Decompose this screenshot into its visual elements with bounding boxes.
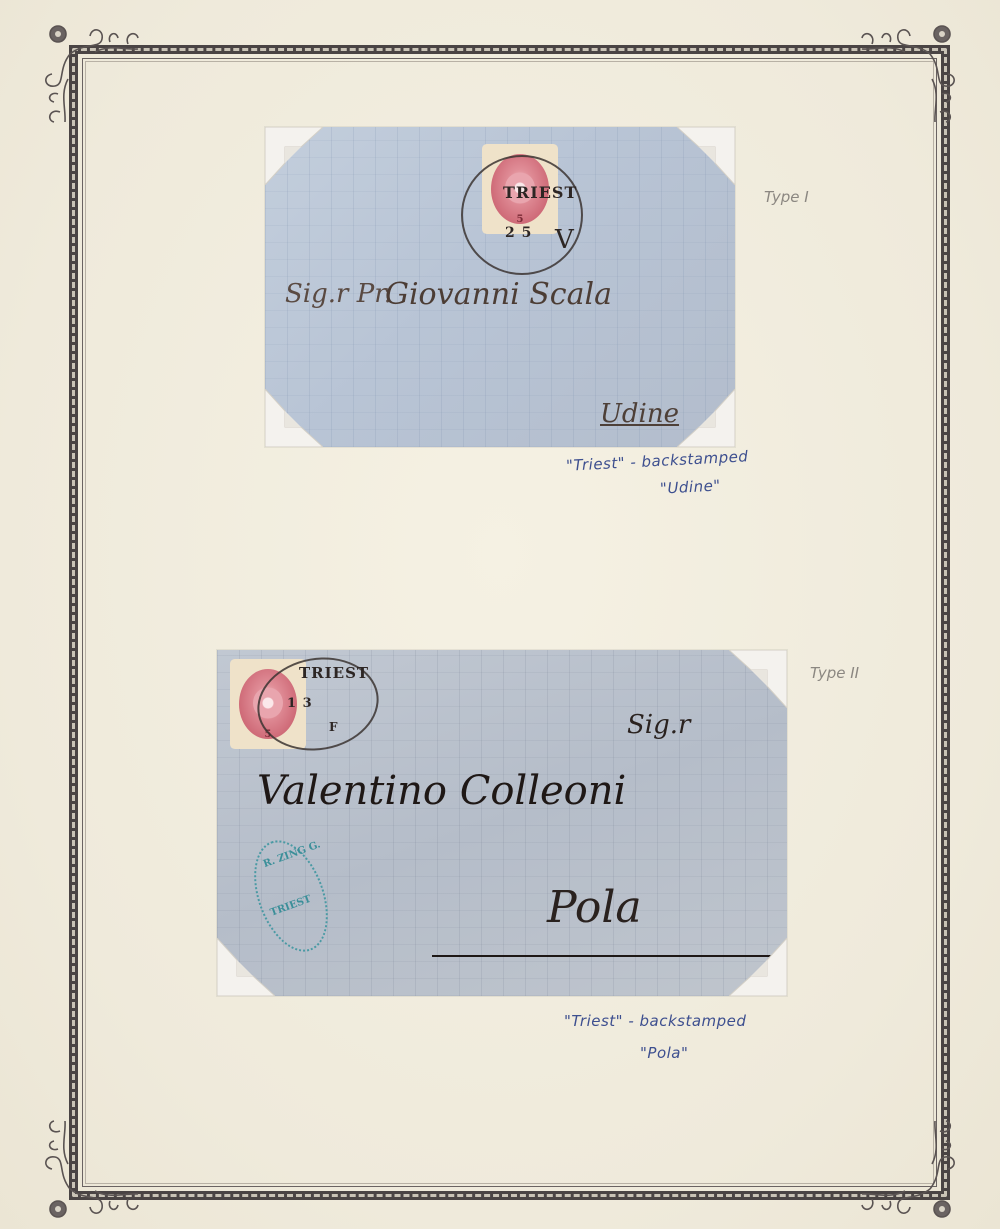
photo-corner-mount bbox=[217, 938, 275, 996]
address-salutation: Sig.r Pr. bbox=[285, 279, 392, 309]
annotation-1-line2: "Udine" bbox=[660, 476, 722, 497]
corner-ornament-icon bbox=[850, 14, 970, 134]
postmark-date: 2 5 bbox=[505, 225, 532, 241]
corner-ornament-icon bbox=[30, 1109, 150, 1229]
photo-corner-mount bbox=[677, 127, 735, 185]
address-salutation: Sig.r bbox=[627, 710, 690, 740]
address-name: Valentino Colleoni bbox=[257, 768, 626, 814]
address-destination: Pola bbox=[547, 882, 642, 933]
photo-corner-mount bbox=[265, 389, 323, 447]
postmark-town: TRIEST bbox=[503, 183, 577, 202]
corner-ornament-icon bbox=[30, 14, 150, 134]
address-name: Giovanni Scala bbox=[385, 277, 612, 312]
photo-corner-mount bbox=[729, 650, 787, 708]
postmark-suffix: V bbox=[555, 225, 575, 255]
annotation-2-line2: "Pola" bbox=[640, 1044, 688, 1062]
photo-corner-mount bbox=[265, 127, 323, 185]
address-underline bbox=[432, 955, 777, 957]
annotation-2-line1: "Triest" - backstamped bbox=[564, 1012, 746, 1030]
type-label-1: Type I bbox=[764, 188, 809, 206]
postmark-town: TRIEST bbox=[299, 664, 369, 682]
photo-corner-mount bbox=[677, 389, 735, 447]
corner-ornament-icon bbox=[850, 1109, 970, 1229]
photo-corner-mount bbox=[729, 938, 787, 996]
postmark-date: 1 3 bbox=[287, 696, 313, 711]
address-destination: Udine bbox=[600, 399, 679, 429]
album-page: 5 TRIEST 2 5 V Sig.r Pr. Giovanni Scala … bbox=[0, 0, 1000, 1229]
postmark-suffix: F bbox=[329, 720, 339, 734]
postal-cover-1[interactable]: 5 TRIEST 2 5 V Sig.r Pr. Giovanni Scala … bbox=[265, 127, 735, 447]
type-label-2: Type II bbox=[810, 664, 859, 682]
firm-cachet-line2: TRIEST bbox=[269, 894, 313, 919]
postmark-circle-1 bbox=[461, 155, 583, 275]
